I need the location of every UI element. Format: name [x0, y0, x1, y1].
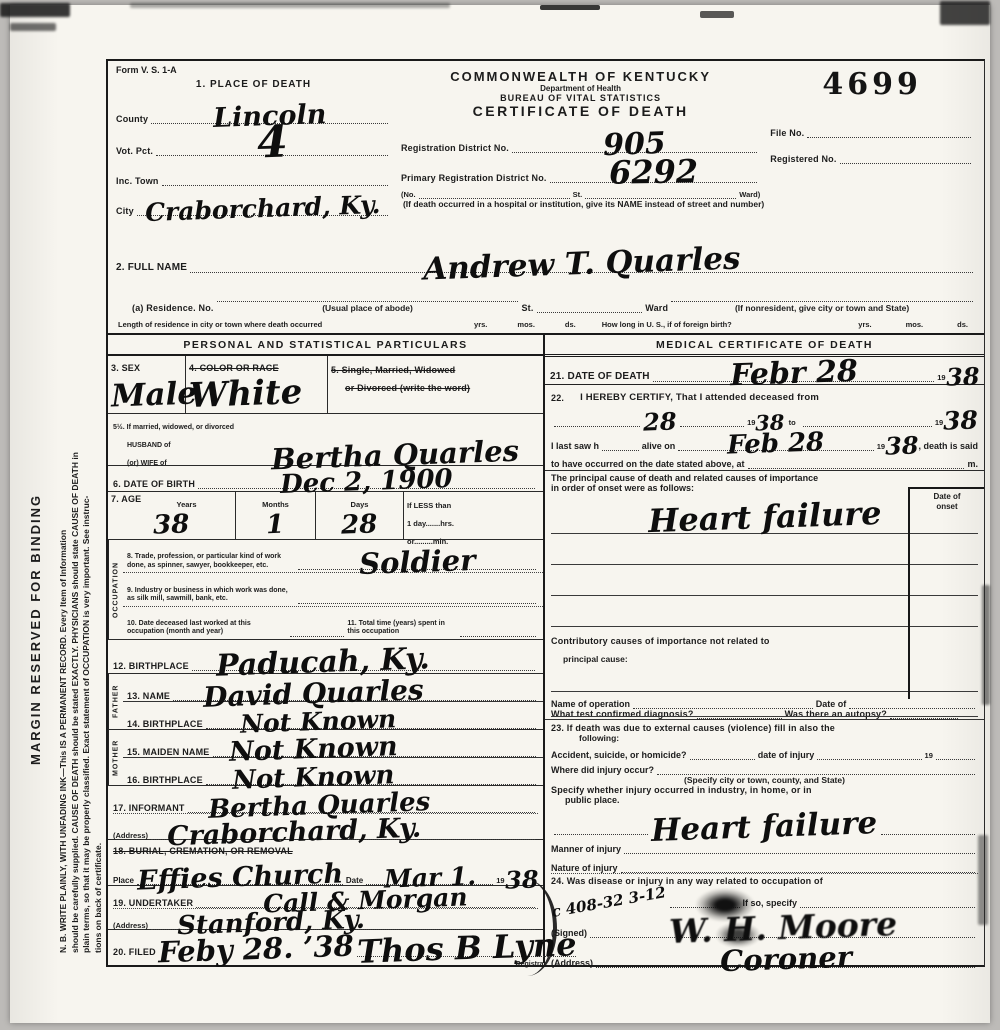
informant-address-row: (Address) Craborchard, Ky. [113, 814, 538, 840]
last-saw-year-pre: 19 [877, 442, 885, 451]
specify-value: Heart failure [651, 812, 878, 843]
personal-column: PERSONAL AND STATISTICAL PARTICULARS 3. … [108, 335, 545, 963]
external-line2: following: [579, 733, 978, 743]
blank-line [162, 183, 388, 186]
form-number: Form V. S. 1-A [116, 65, 177, 75]
place-of-death-title: 1. PLACE OF DEATH [116, 79, 391, 90]
certificate-number-stamp: 4699 [770, 67, 974, 102]
father-birthplace-row: 14. BIRTHPLACE Not Known [123, 702, 543, 729]
full-name-label: 2. FULL NAME [116, 262, 187, 273]
age-less-line1: If LESS than [407, 501, 451, 510]
last-saw-year-value: 38 [885, 436, 919, 455]
certify-number: 22. [551, 393, 564, 403]
where-label: Where did injury occur? [551, 765, 654, 775]
age-months-label: Months [262, 500, 289, 509]
margin-note-line: should be carefully supplied. CAUSE OF D… [70, 452, 82, 953]
full-name-row: 2. FULL NAME Andrew T. Quarles [108, 237, 984, 273]
dod-year-value: 38 [945, 367, 979, 386]
street-no-label: (No. [401, 190, 416, 199]
father-name-label: 13. NAME [127, 691, 170, 701]
certify-text: I HEREBY CERTIFY, That I attended deceas… [580, 392, 819, 403]
father-side-label: FATHER [108, 674, 123, 729]
last-worked-total-row: 10. Date deceased last worked at this oc… [123, 607, 543, 639]
certify-from-value: 28 [643, 412, 677, 431]
length-right-label: How long in U. S., if of foreign birth? [602, 320, 732, 329]
dod-year-pre: 19 [937, 373, 945, 382]
header-right-block: 4699 File No. Registered No. [764, 61, 984, 237]
certificate-title: CERTIFICATE OF DEATH [397, 103, 764, 119]
occupation-side-label: OCCUPATION [108, 540, 123, 639]
blank-line [840, 161, 971, 164]
injury-date-label: date of injury [758, 750, 815, 760]
length-left-label: Length of residence in city or town wher… [118, 320, 322, 329]
scan-artifact [130, 3, 450, 8]
signed-address-label: (Address) [551, 958, 593, 968]
abode-note: (Usual place of abode) [217, 303, 519, 313]
race-value: White [189, 380, 303, 409]
mother-name-label: 15. MAIDEN NAME [127, 747, 210, 757]
filed-date-value: Feby 28. ’38 [158, 936, 354, 965]
margin-note: N. B. WRITE PLAINLY, WITH UNFADING INK—T… [58, 452, 104, 953]
age-days-value: 28 [341, 515, 378, 536]
blank-line [807, 135, 971, 138]
birthplace-label: 12. BIRTHPLACE [113, 661, 189, 671]
certificate-paper: MARGIN RESERVED FOR BINDING N. B. WRITE … [10, 5, 990, 1023]
mother-name-row: 15. MAIDEN NAME Not Known [123, 730, 543, 758]
dod-value: Febr 28 [729, 360, 857, 387]
burial-date-label: Date [346, 876, 363, 885]
registered-no-label: Registered No. [770, 154, 836, 164]
medical-title: MEDICAL CERTIFICATE OF DEATH [545, 335, 984, 357]
hospital-note: (If death occurred in a hospital or inst… [397, 199, 764, 209]
injury-year-pre: 19 [925, 751, 933, 760]
age-less-line2: 1 day.......hrs. [407, 519, 454, 528]
death-said-text: , death is said [918, 441, 978, 451]
precinct-value: 4 [256, 125, 288, 159]
registrar-signature: Thos B Lyne [356, 932, 576, 964]
precinct-label: Vot. Pct. [116, 146, 153, 156]
onset-label: Date of [933, 492, 960, 501]
marital-label-line1: 5. Single, Married, Widowed [331, 365, 455, 375]
units-yrs: yrs. [474, 320, 487, 329]
blank-line [298, 601, 536, 604]
burial-place-row: Place Effies Church Date Mar 1. 19 38 [113, 859, 538, 885]
street-ward-label: Ward) [739, 190, 760, 199]
certify-block: 22. I HEREBY CERTIFY, That I attended de… [545, 385, 984, 471]
mother-name-value: Not Known [228, 737, 397, 763]
medical-column: MEDICAL CERTIFICATE OF DEATH 21. DATE OF… [545, 335, 984, 963]
inc-town-label: Inc. Town [116, 176, 159, 186]
undertaker-group: 19. UNDERTAKER Call & Morgan (Address) S… [108, 886, 543, 930]
occurred-m-label: m. [967, 459, 978, 469]
age-years-label: Years [176, 500, 196, 509]
death-certificate-form: Form V. S. 1-A 1. PLACE OF DEATH County … [106, 59, 985, 967]
mother-birthplace-row: 16. BIRTHPLACE Not Known [123, 758, 543, 785]
trade-value: Soldier [359, 550, 476, 576]
total-time-label: 11. Total time (years) spent in this occ… [347, 620, 457, 637]
last-saw-pre: I last saw h [551, 441, 599, 451]
city-label: City [116, 206, 134, 216]
commonwealth-title: COMMONWEALTH OF KENTUCKY [397, 69, 764, 84]
principal-cause-block: The principal cause of death and related… [545, 471, 984, 699]
scan-artifact [940, 1, 990, 25]
personal-title: PERSONAL AND STATISTICAL PARTICULARS [108, 335, 543, 356]
main-columns: PERSONAL AND STATISTICAL PARTICULARS 3. … [108, 333, 984, 963]
header-center-block: COMMONWEALTH OF KENTUCKY Department of H… [397, 61, 764, 237]
sex-race-marital-row: 3. SEX Male 4. COLOR OR RACE White 5. Si… [108, 356, 543, 414]
blank-line [671, 299, 973, 302]
margin-binding-text: MARGIN RESERVED FOR BINDING [28, 494, 43, 765]
signed-value: W. H. Moore [668, 912, 897, 945]
units-ds: ds. [957, 320, 968, 329]
specify-line1: Specify whether injury occurred in indus… [551, 785, 978, 795]
occupation-question: 24. Was disease or injury in any way rel… [551, 876, 978, 886]
units-yrs: yrs. [858, 320, 871, 329]
scan-artifact [0, 3, 70, 17]
spouse-husband-label: HUSBAND of [127, 442, 171, 449]
blank-line [537, 310, 643, 313]
length-of-residence-row: Length of residence in city or town wher… [108, 315, 984, 333]
occupation-question-block: 24. Was disease or injury in any way rel… [545, 874, 984, 968]
units-mos: mos. [906, 320, 924, 329]
residence-label: (a) Residence. No. [132, 303, 214, 313]
city-value: Craborchard, Ky. [145, 196, 381, 223]
date-of-death-row: 21. DATE OF DEATH Febr 28 19 38 [545, 357, 984, 385]
nature-of-injury-label: Nature of injury [551, 863, 618, 873]
blank-line [217, 299, 519, 302]
external-causes-block: 23. If death was due to external causes … [545, 720, 984, 874]
age-months-value: 1 [266, 516, 285, 536]
sex-label: 3. SEX [111, 363, 140, 373]
blank-line [460, 634, 536, 637]
where-note: (Specify city or town, county, and State… [551, 775, 978, 785]
margin-note-line: N. B. WRITE PLAINLY, WITH UNFADING INK—T… [58, 452, 70, 953]
contributory-line1: Contributory causes of importance not re… [551, 636, 770, 646]
principal-line1: The principal cause of death and related… [551, 473, 978, 483]
age-years-value: 38 [153, 515, 190, 536]
undertaker-address-label: (Address) [113, 921, 148, 930]
certify-year2-value: 38 [943, 412, 978, 432]
header-band: 1. PLACE OF DEATH County Lincoln Vot. Pc… [108, 61, 984, 237]
father-group: FATHER 13. NAME David Quarles 14. BIRTHP… [108, 674, 543, 730]
county-label: County [116, 114, 148, 124]
burial-label: 18. BURIAL, CREMATION, OR REMOVAL [113, 846, 293, 856]
marital-label-line2: or Divorced (write the word) [345, 383, 470, 393]
manner-of-injury-label: Manner of injury [551, 844, 621, 854]
street-st-label: St. [573, 190, 583, 199]
last-saw-value: Feb 28 [727, 433, 825, 456]
certify-to-label: to [789, 418, 796, 427]
residence-ward-label: Ward [645, 303, 668, 313]
date-of-birth-row: 6. DATE OF BIRTH Dec 2, 1900 [108, 466, 543, 492]
mother-birthplace-label: 16. BIRTHPLACE [127, 775, 203, 785]
residence-st-label: St. [521, 303, 533, 313]
department-subtitle: Department of Health [397, 84, 764, 93]
accident-label: Accident, suicide, or homicide? [551, 750, 687, 760]
registration-district-label: Registration District No. [401, 143, 509, 153]
onset-label2: onset [936, 502, 957, 511]
industry-label: 9. Industry or business in which work wa… [127, 587, 295, 604]
trade-row: 8. Trade, profession, or particular kind… [123, 540, 543, 573]
undertaker-address-row: (Address) Stanford, Ky. [113, 909, 538, 930]
dod-label: 21. DATE OF DEATH [550, 371, 650, 382]
informant-label: 17. INFORMANT [113, 803, 185, 813]
industry-row: 9. Industry or business in which work wa… [123, 573, 543, 606]
primary-district-value: 6292 [609, 159, 698, 185]
signed-title-value: Coroner [719, 947, 852, 973]
external-line1: 23. If death was due to external causes … [551, 723, 978, 733]
filed-label: 20. FILED [113, 947, 156, 957]
specify-line2: public place. [565, 795, 978, 805]
units-ds: ds. [565, 320, 576, 329]
last-worked-label: 10. Date deceased last worked at this oc… [127, 620, 287, 637]
scan-artifact [700, 11, 734, 18]
date-of-onset-box: Date of onset [908, 487, 984, 699]
informant-row: 17. INFORMANT Bertha Quarles [113, 786, 538, 814]
age-label: 7. AGE [111, 494, 141, 504]
dob-label: 6. DATE OF BIRTH [113, 479, 195, 489]
blank-line [290, 634, 344, 637]
occupation-group: OCCUPATION 8. Trade, profession, or part… [108, 540, 543, 640]
father-name-row: 13. NAME David Quarles [123, 674, 543, 702]
place-of-death-block: 1. PLACE OF DEATH County Lincoln Vot. Pc… [108, 61, 397, 237]
trade-label: 8. Trade, profession, or particular kind… [127, 553, 295, 570]
cause-of-death-value: Heart failure [648, 501, 882, 533]
file-no-label: File No. [770, 128, 804, 138]
sex-value: Male [111, 383, 198, 409]
margin-note-line: tions on back of certificate. [93, 452, 105, 953]
margin-note-line: plain terms, so that it may be properly … [81, 452, 93, 953]
informant-address-label: (Address) [113, 831, 148, 840]
scan-artifact [540, 5, 600, 10]
full-name-value: Andrew T. Quarles [423, 247, 741, 281]
father-birthplace-label: 14. BIRTHPLACE [127, 719, 203, 729]
spouse-label: 5½. If married, widowed, or divorced [113, 424, 234, 431]
alive-on-label: alive on [642, 441, 676, 451]
burial-place-label: Place [113, 876, 134, 885]
burial-year-pre: 19 [496, 876, 504, 885]
filed-row: 20. FILED Feby 28. ’38 Thos B Lyne Regis… [108, 930, 543, 963]
scan-artifact [10, 23, 56, 31]
contributory-line2: principal cause: [563, 654, 628, 664]
informant-group: 17. INFORMANT Bertha Quarles (Address) C… [108, 786, 543, 840]
mother-group: MOTHER 15. MAIDEN NAME Not Known 16. BIR… [108, 730, 543, 786]
age-days-label: Days [351, 500, 369, 509]
undertaker-label: 19. UNDERTAKER [113, 898, 193, 908]
signed-label: (Signed) [551, 928, 587, 938]
spouse-row: 5½. If married, widowed, or divorced HUS… [108, 414, 543, 466]
birthplace-row: 12. BIRTHPLACE Paducah, Ky. [108, 640, 543, 674]
bureau-subtitle: BUREAU OF VITAL STATISTICS [397, 93, 764, 103]
occurred-text: to have occurred on the date stated abov… [551, 459, 745, 469]
mother-side-label: MOTHER [108, 730, 123, 785]
units-mos: mos. [517, 320, 535, 329]
age-row: 7. AGE Years 38 Months 1 Days 28 If LESS… [108, 492, 543, 540]
primary-district-label: Primary Registration District No. [401, 173, 547, 183]
certify-year2-pre: 19 [935, 418, 943, 427]
nonresident-note: (If nonresident, give city or town and S… [671, 303, 973, 313]
race-label: 4. COLOR OR RACE [189, 363, 279, 373]
burial-group: 18. BURIAL, CREMATION, OR REMOVAL Place … [108, 840, 543, 886]
